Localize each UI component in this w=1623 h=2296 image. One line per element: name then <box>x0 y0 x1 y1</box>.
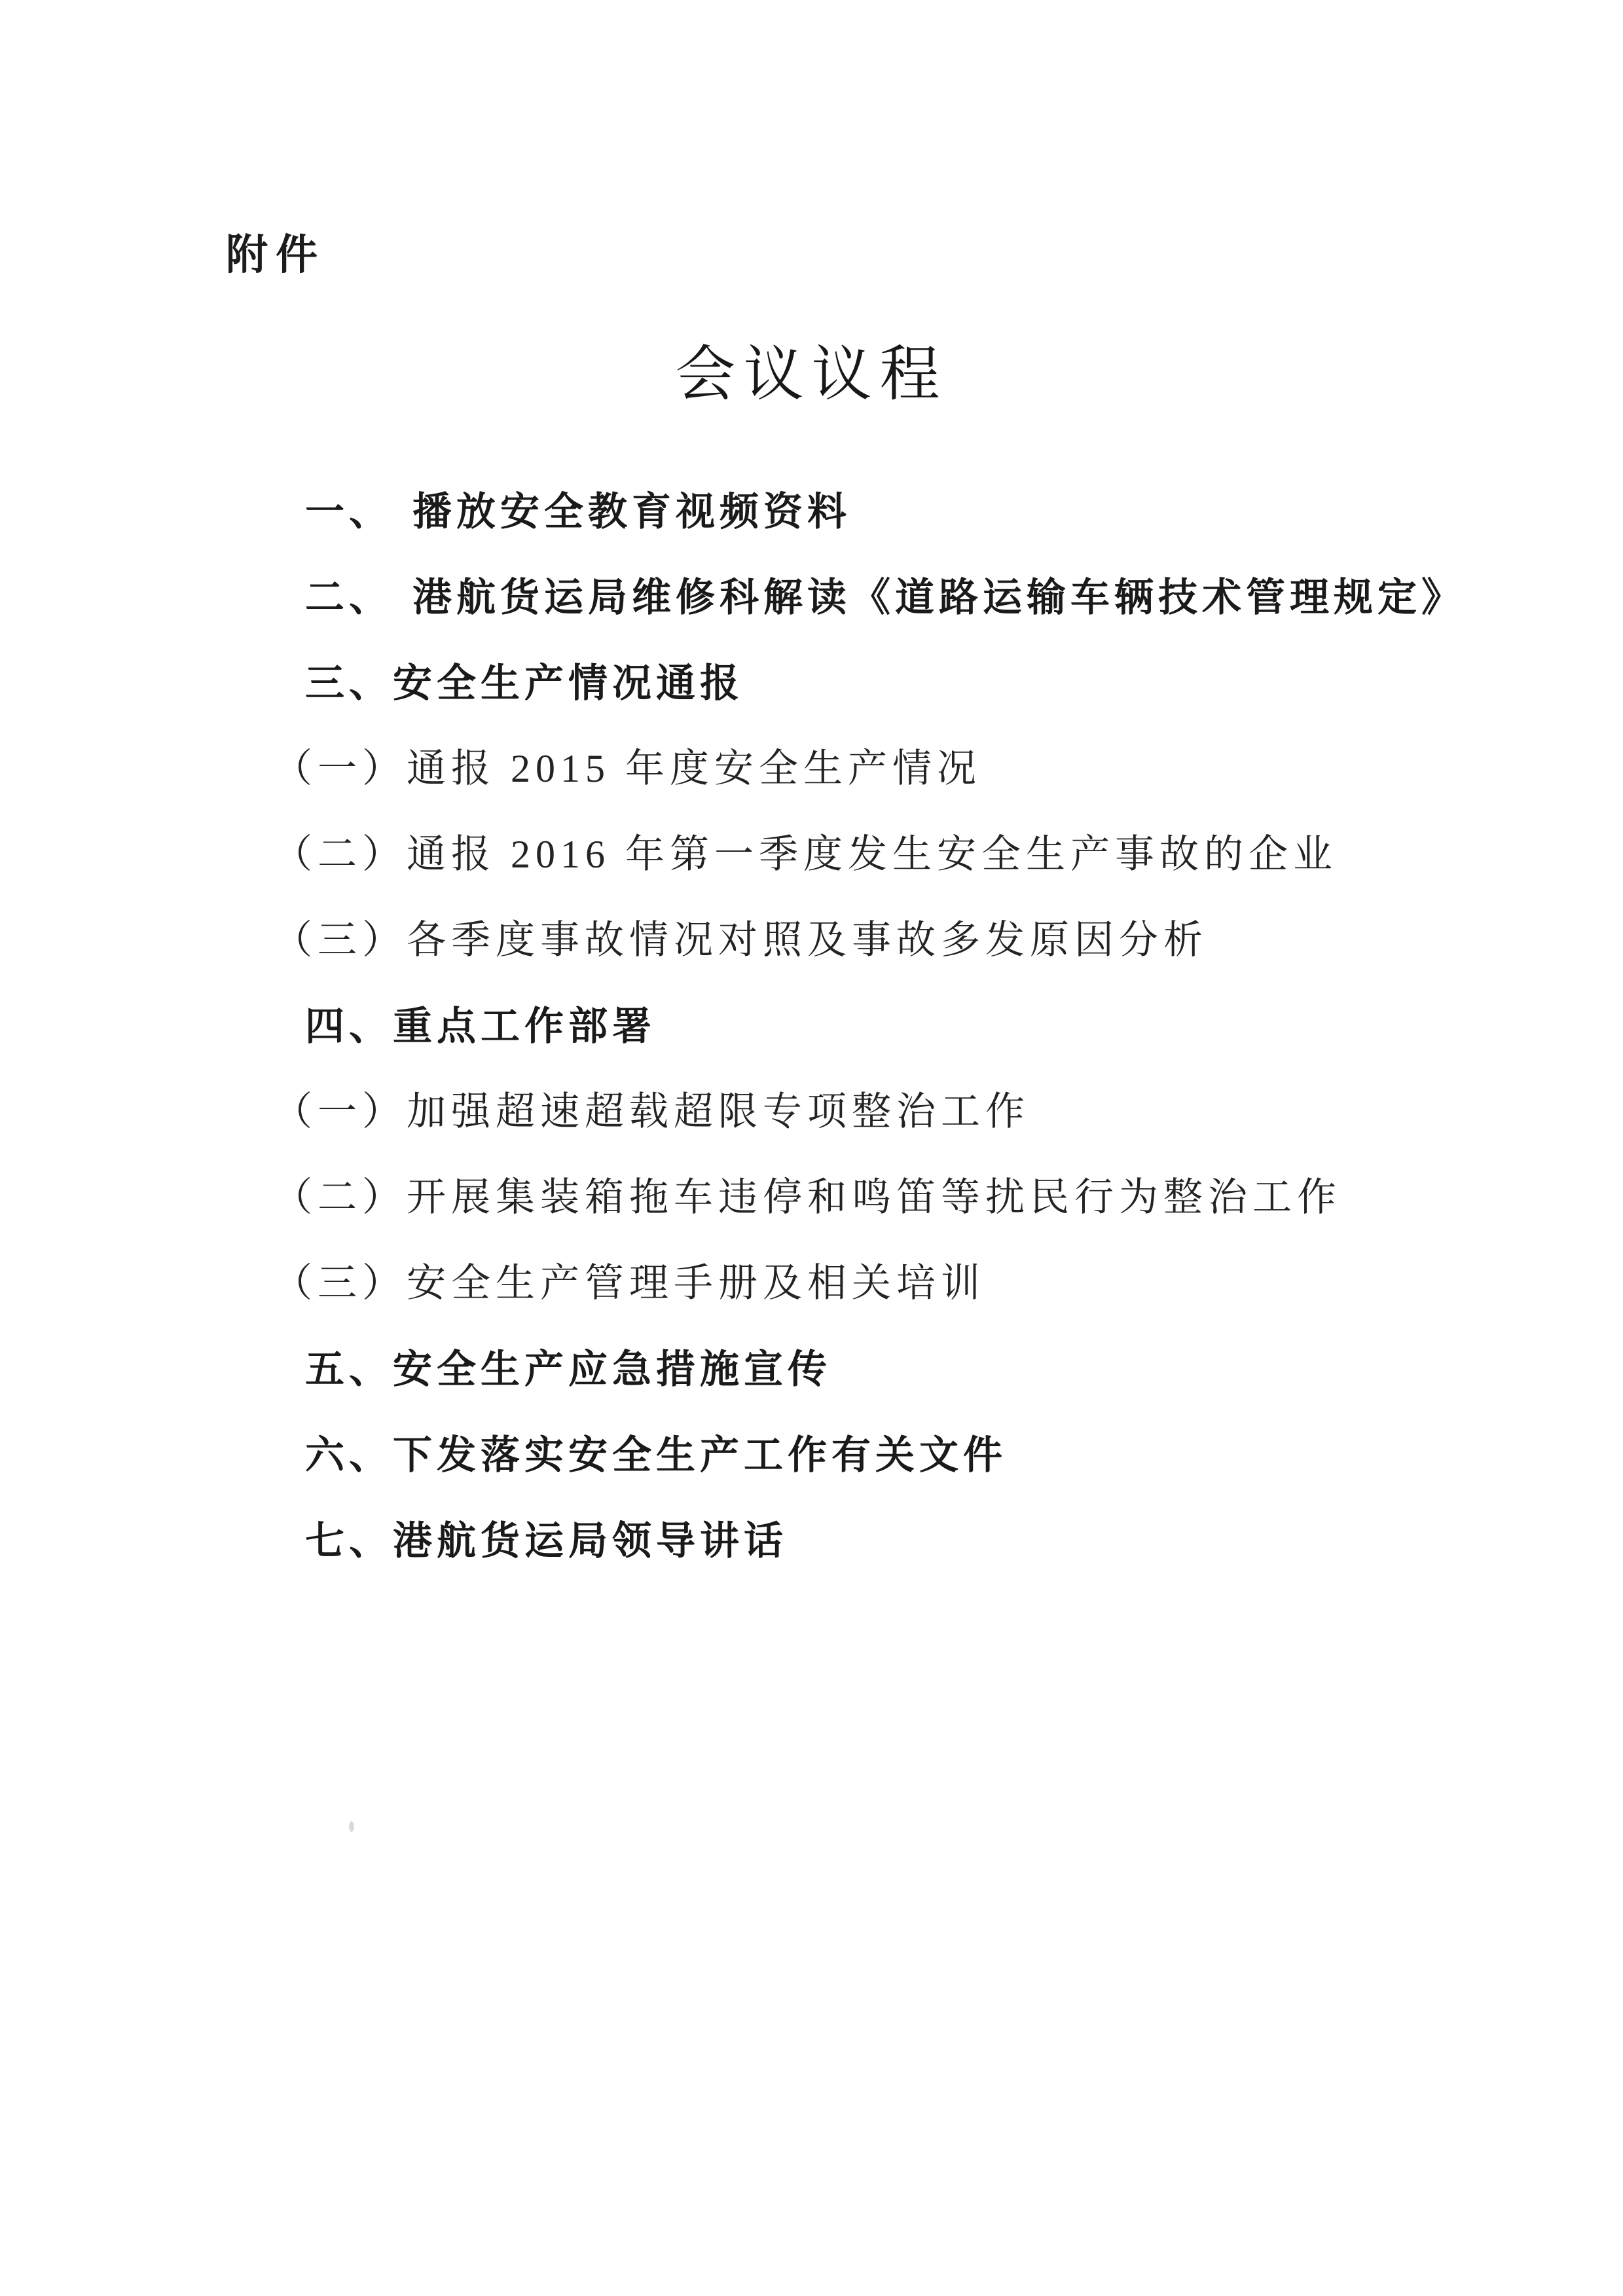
agenda-item-text: 安全生产管理手册及相关培训 <box>407 1262 985 1305</box>
agenda-item-number: （三） <box>273 919 407 962</box>
agenda-item-text: 加强超速超载超限专项整治工作 <box>407 1090 1030 1133</box>
agenda-item-text: 安全生产应急措施宣传 <box>393 1347 831 1391</box>
agenda-item-number: 四、 <box>305 1004 393 1048</box>
agenda-item-number: 三、 <box>305 661 393 705</box>
agenda-item-number: 七、 <box>305 1519 393 1563</box>
agenda-item: 一、播放安全教育视频资料 <box>273 469 1582 555</box>
agenda-item-number: （一） <box>273 1090 407 1133</box>
agenda-item-number: （二） <box>273 1176 407 1219</box>
agenda-item-number: 一、 <box>305 490 393 534</box>
agenda-item-text: 港航货运局领导讲话 <box>393 1519 788 1563</box>
agenda-item: 三、安全生产情况通报 <box>273 640 1582 726</box>
agenda-item-text: 通报 2015 年度安全生产情况 <box>407 747 981 790</box>
agenda-item: （三）各季度事故情况对照及事故多发原因分析 <box>273 898 1582 983</box>
agenda-list: 一、播放安全教育视频资料 二、港航货运局维修科解读《道路运输车辆技术管理规定》 … <box>273 469 1582 1584</box>
agenda-item-text: 下发落实安全生产工作有关文件 <box>393 1433 1007 1477</box>
agenda-item: 五、安全生产应急措施宣传 <box>273 1326 1582 1412</box>
agenda-item: 七、港航货运局领导讲话 <box>273 1498 1582 1584</box>
agenda-item: 二、港航货运局维修科解读《道路运输车辆技术管理规定》 <box>273 555 1582 640</box>
agenda-item: 四、重点工作部署 <box>273 983 1582 1069</box>
page-title: 会议议程 <box>0 326 1623 412</box>
agenda-item-text: 各季度事故情况对照及事故多发原因分析 <box>407 919 1208 962</box>
agenda-item-number: （三） <box>273 1262 407 1305</box>
agenda-item-number: 二、 <box>305 575 393 619</box>
agenda-item-number: 五、 <box>305 1347 393 1391</box>
agenda-item: （一）通报 2015 年度安全生产情况 <box>273 726 1582 812</box>
attachment-label: 附件 <box>226 221 325 282</box>
agenda-item-number: 六、 <box>305 1433 393 1477</box>
agenda-item-text: 港航货运局维修科解读《道路运输车辆技术管理规定》 <box>412 575 1465 619</box>
agenda-item-text: 通报 2016 年第一季度发生安全生产事故的企业 <box>407 833 1338 876</box>
document-page: 附件 会议议程 一、播放安全教育视频资料 二、港航货运局维修科解读《道路运输车辆… <box>0 0 1623 2296</box>
scan-artifact <box>349 1821 354 1832</box>
agenda-item-text: 重点工作部署 <box>393 1004 656 1048</box>
agenda-item: （一）加强超速超载超限专项整治工作 <box>273 1069 1582 1155</box>
agenda-item-number: （二） <box>273 833 407 876</box>
agenda-item-text: 开展集装箱拖车违停和鸣笛等扰民行为整治工作 <box>407 1176 1341 1219</box>
agenda-item: （二）开展集装箱拖车违停和鸣笛等扰民行为整治工作 <box>273 1155 1582 1241</box>
agenda-item: 六、下发落实安全生产工作有关文件 <box>273 1412 1582 1498</box>
agenda-item: （三）安全生产管理手册及相关培训 <box>273 1241 1582 1326</box>
agenda-item-text: 播放安全教育视频资料 <box>412 490 851 534</box>
agenda-item-number: （一） <box>273 747 407 790</box>
agenda-item: （二）通报 2016 年第一季度发生安全生产事故的企业 <box>273 812 1582 898</box>
agenda-item-text: 安全生产情况通报 <box>393 661 744 705</box>
